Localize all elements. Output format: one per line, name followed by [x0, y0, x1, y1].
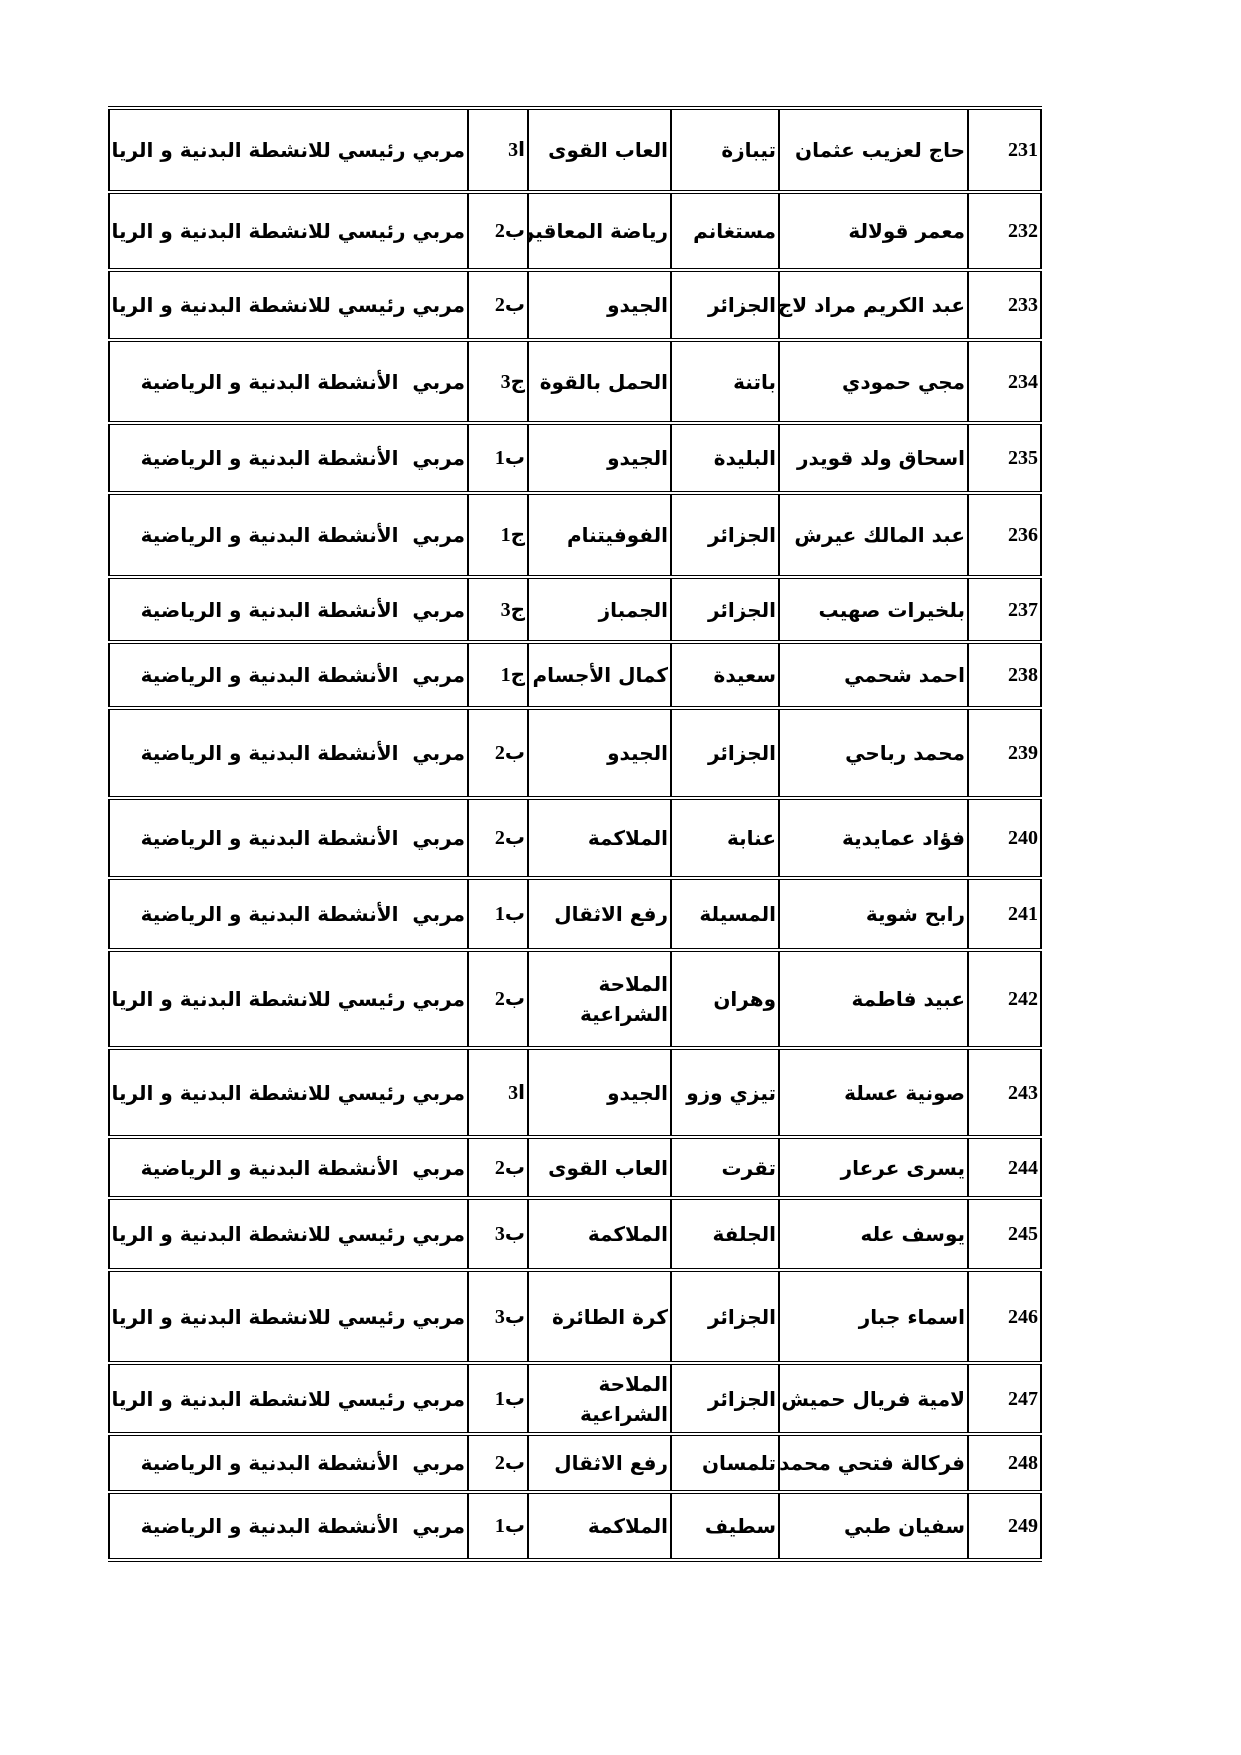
cell-job: مربي الأنشطة البدنية و الرياضية	[109, 1137, 468, 1198]
cell-grade: ب3	[468, 1270, 528, 1363]
table-row: 236عبد المالك عيرشالجزائرالفوفيتنامج1مرب…	[109, 493, 1041, 577]
cell-name: عبد المالك عيرش	[779, 493, 968, 577]
cell-grade: ب2	[468, 192, 528, 270]
table-row: 240فؤاد عمايديةعنابةالملاكمةب2مربي الأنش…	[109, 798, 1041, 878]
cell-job: مربي الأنشطة البدنية و الرياضية	[109, 642, 468, 708]
cell-sport: الجيدو	[528, 423, 671, 493]
cell-sport: الملاحة الشراعية	[528, 950, 671, 1048]
table-row: 241رابح شويةالمسيلةرفع الاثقالب1مربي الأ…	[109, 878, 1041, 950]
cell-name: صونية عسلة	[779, 1048, 968, 1137]
table-row: 249سفيان طبيسطيفالملاكمةب1مربي الأنشطة ا…	[109, 1492, 1041, 1560]
cell-city: تلمسان	[671, 1434, 779, 1492]
table-row: 244يسرى عرعارتقرتالعاب القوىب2مربي الأنش…	[109, 1137, 1041, 1198]
cell-number: 234	[968, 340, 1041, 423]
cell-city: باتنة	[671, 340, 779, 423]
cell-name: حاج لعزيب عثمان	[779, 108, 968, 192]
cell-sport: الحمل بالقوة	[528, 340, 671, 423]
cell-grade: ج1	[468, 493, 528, 577]
cell-grade: ب2	[468, 950, 528, 1048]
cell-grade: ج3	[468, 577, 528, 642]
cell-city: تيزي وزو	[671, 1048, 779, 1137]
cell-grade: ب1	[468, 423, 528, 493]
cell-number: 235	[968, 423, 1041, 493]
cell-number: 236	[968, 493, 1041, 577]
roster-table: 231حاج لعزيب عثمانتيبازةالعاب القوىا3مرب…	[108, 106, 1042, 1562]
cell-name: سفيان طبي	[779, 1492, 968, 1560]
cell-job: مربي الأنشطة البدنية و الرياضية	[109, 340, 468, 423]
cell-grade: ب1	[468, 878, 528, 950]
cell-number: 243	[968, 1048, 1041, 1137]
cell-grade: ج1	[468, 642, 528, 708]
cell-grade: ب1	[468, 1363, 528, 1434]
cell-city: الجزائر	[671, 1270, 779, 1363]
cell-sport: الجيدو	[528, 1048, 671, 1137]
cell-number: 241	[968, 878, 1041, 950]
cell-job: مربي رئيسي للانشطة البدنية و الرياضية	[109, 1198, 468, 1270]
cell-job: مربي رئيسي للانشطة البدنية و الرياضية	[109, 1048, 468, 1137]
cell-city: عنابة	[671, 798, 779, 878]
cell-name: لامية فريال حميش	[779, 1363, 968, 1434]
table-row: 245يوسف علهالجلفةالملاكمةب3مربي رئيسي لل…	[109, 1198, 1041, 1270]
table-row: 242عبيد فاطمةوهرانالملاحة الشراعيةب2مربي…	[109, 950, 1041, 1048]
cell-sport: الملاكمة	[528, 1492, 671, 1560]
cell-job: مربي رئيسي للانشطة البدنية و الرياضية	[109, 192, 468, 270]
cell-number: 246	[968, 1270, 1041, 1363]
cell-job: مربي رئيسي للانشطة البدنية و الرياضية	[109, 108, 468, 192]
table-row: 235اسحاق ولد قويدرالبليدةالجيدوب1مربي ال…	[109, 423, 1041, 493]
table-row: 234مجي حموديباتنةالحمل بالقوةج3مربي الأن…	[109, 340, 1041, 423]
cell-name: معمر قولالة	[779, 192, 968, 270]
cell-grade: ب2	[468, 708, 528, 798]
cell-number: 244	[968, 1137, 1041, 1198]
cell-city: الجلفة	[671, 1198, 779, 1270]
cell-job: مربي الأنشطة البدنية و الرياضية	[109, 493, 468, 577]
table-row: 231حاج لعزيب عثمانتيبازةالعاب القوىا3مرب…	[109, 108, 1041, 192]
table-row: 246اسماء جبارالجزائركرة الطائرةب3مربي رئ…	[109, 1270, 1041, 1363]
cell-job: مربي الأنشطة البدنية و الرياضية	[109, 798, 468, 878]
cell-city: الجزائر	[671, 270, 779, 340]
cell-sport: كمال الأجسام	[528, 642, 671, 708]
cell-name: يسرى عرعار	[779, 1137, 968, 1198]
cell-job: مربي رئيسي للانشطة البدنية و الرياضية	[109, 1270, 468, 1363]
cell-name: فركالة فتحي محمد	[779, 1434, 968, 1492]
cell-city: وهران	[671, 950, 779, 1048]
cell-sport: العاب القوى	[528, 108, 671, 192]
cell-grade: ب2	[468, 798, 528, 878]
cell-sport: رياضة المعاقين	[528, 192, 671, 270]
cell-grade: ا3	[468, 1048, 528, 1137]
cell-name: بلخيرات صهيب	[779, 577, 968, 642]
cell-job: مربي رئيسي للانشطة البدنية و الرياضية	[109, 1363, 468, 1434]
cell-number: 249	[968, 1492, 1041, 1560]
cell-number: 248	[968, 1434, 1041, 1492]
cell-sport: الجيدو	[528, 270, 671, 340]
cell-name: اسحاق ولد قويدر	[779, 423, 968, 493]
cell-number: 245	[968, 1198, 1041, 1270]
table-row: 233عبد الكريم مراد لاجالجزائرالجيدوب2مرب…	[109, 270, 1041, 340]
cell-sport: الجيدو	[528, 708, 671, 798]
cell-grade: ج3	[468, 340, 528, 423]
cell-city: سطيف	[671, 1492, 779, 1560]
cell-city: الجزائر	[671, 577, 779, 642]
cell-sport: العاب القوى	[528, 1137, 671, 1198]
cell-number: 231	[968, 108, 1041, 192]
cell-city: المسيلة	[671, 878, 779, 950]
table-row: 239محمد رباحيالجزائرالجيدوب2مربي الأنشطة…	[109, 708, 1041, 798]
cell-job: مربي الأنشطة البدنية و الرياضية	[109, 423, 468, 493]
cell-city: الجزائر	[671, 493, 779, 577]
cell-sport: الجمباز	[528, 577, 671, 642]
cell-number: 232	[968, 192, 1041, 270]
cell-sport: رفع الاثقال	[528, 878, 671, 950]
cell-name: احمد شحمي	[779, 642, 968, 708]
cell-number: 247	[968, 1363, 1041, 1434]
cell-city: تقرت	[671, 1137, 779, 1198]
cell-job: مربي الأنشطة البدنية و الرياضية	[109, 1492, 468, 1560]
cell-sport: الفوفيتنام	[528, 493, 671, 577]
cell-sport: الملاكمة	[528, 798, 671, 878]
cell-job: مربي الأنشطة البدنية و الرياضية	[109, 577, 468, 642]
cell-name: يوسف عله	[779, 1198, 968, 1270]
cell-job: مربي رئيسي للانشطة البدنية و الرياضية	[109, 270, 468, 340]
cell-name: محمد رباحي	[779, 708, 968, 798]
cell-number: 240	[968, 798, 1041, 878]
table-row: 238احمد شحميسعيدةكمال الأجسامج1مربي الأن…	[109, 642, 1041, 708]
cell-sport: الملاحة الشراعية	[528, 1363, 671, 1434]
cell-grade: ب3	[468, 1198, 528, 1270]
table-row: 248فركالة فتحي محمدتلمسانرفع الاثقالب2مر…	[109, 1434, 1041, 1492]
cell-name: عبيد فاطمة	[779, 950, 968, 1048]
table-row: 243صونية عسلةتيزي وزوالجيدوا3مربي رئيسي …	[109, 1048, 1041, 1137]
cell-city: تيبازة	[671, 108, 779, 192]
cell-city: سعيدة	[671, 642, 779, 708]
cell-sport: رفع الاثقال	[528, 1434, 671, 1492]
cell-city: مستغانم	[671, 192, 779, 270]
roster-table-container: 231حاج لعزيب عثمانتيبازةالعاب القوىا3مرب…	[108, 106, 1040, 1562]
cell-number: 237	[968, 577, 1041, 642]
cell-name: رابح شوية	[779, 878, 968, 950]
table-row: 232معمر قولالةمستغانمرياضة المعاقينب2مرب…	[109, 192, 1041, 270]
table-row: 247لامية فريال حميشالجزائرالملاحة الشراع…	[109, 1363, 1041, 1434]
cell-name: مجي حمودي	[779, 340, 968, 423]
cell-grade: ب2	[468, 270, 528, 340]
cell-name: عبد الكريم مراد لاج	[779, 270, 968, 340]
cell-number: 238	[968, 642, 1041, 708]
cell-sport: كرة الطائرة	[528, 1270, 671, 1363]
cell-job: مربي رئيسي للانشطة البدنية و الرياضية	[109, 950, 468, 1048]
cell-city: البليدة	[671, 423, 779, 493]
cell-number: 239	[968, 708, 1041, 798]
cell-job: مربي الأنشطة البدنية و الرياضية	[109, 708, 468, 798]
cell-grade: ب2	[468, 1137, 528, 1198]
cell-sport: الملاكمة	[528, 1198, 671, 1270]
cell-grade: ب1	[468, 1492, 528, 1560]
cell-name: اسماء جبار	[779, 1270, 968, 1363]
cell-number: 242	[968, 950, 1041, 1048]
cell-city: الجزائر	[671, 708, 779, 798]
roster-table-body: 231حاج لعزيب عثمانتيبازةالعاب القوىا3مرب…	[109, 108, 1041, 1560]
cell-name: فؤاد عمايدية	[779, 798, 968, 878]
table-row: 237بلخيرات صهيبالجزائرالجمبازج3مربي الأن…	[109, 577, 1041, 642]
cell-number: 233	[968, 270, 1041, 340]
cell-city: الجزائر	[671, 1363, 779, 1434]
cell-grade: ب2	[468, 1434, 528, 1492]
cell-job: مربي الأنشطة البدنية و الرياضية	[109, 878, 468, 950]
document-page: 231حاج لعزيب عثمانتيبازةالعاب القوىا3مرب…	[0, 0, 1241, 1755]
cell-grade: ا3	[468, 108, 528, 192]
cell-job: مربي الأنشطة البدنية و الرياضية	[109, 1434, 468, 1492]
